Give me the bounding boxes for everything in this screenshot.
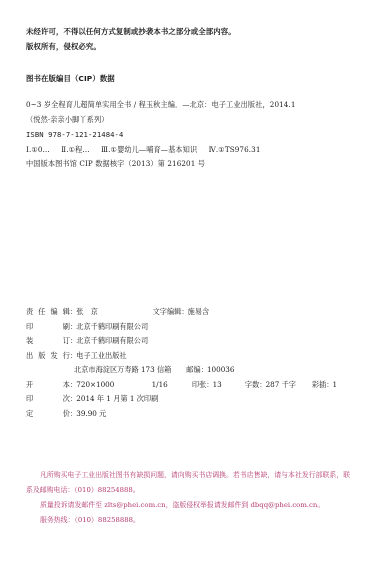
cip-verification: 中国版本图书馆 CIP 数据核字（2013）第 216201 号 — [26, 159, 205, 169]
sheets-label: 印张 — [192, 380, 206, 390]
fold-value: 1/16 — [152, 380, 190, 390]
price-value: 39.90 元 — [76, 409, 106, 419]
printing-value: 北京千鹤印刷有限公司 — [76, 322, 148, 332]
colophon-editors: 责任编辑： 张 京 文字编辑： 施易含 — [26, 307, 209, 317]
responsible-editor-value: 张 京 — [76, 307, 150, 317]
cip-classification: Ⅰ.①0… Ⅱ.①程… Ⅲ.①婴幼儿—哺育—基本知识 Ⅳ.①TS976.31 — [26, 145, 270, 155]
text-editor-label: 文字编辑 — [153, 307, 182, 317]
cip-series: （悦然·亲亲小脚丫系列） — [26, 115, 109, 125]
postcode-value: 100036 — [207, 365, 234, 375]
colophon-publisher: 出版发行： 电子工业出版社 — [26, 351, 127, 361]
format-label: 开 本 — [26, 380, 70, 390]
cip-heading: 图书在版编目（CIP）数据 — [26, 74, 115, 84]
format-value: 720×1000 — [76, 380, 149, 390]
cip-title-line: 0~3 岁全程育儿超简单实用全书 / 程玉秋主编．—北京：电子工业出版社，201… — [26, 100, 296, 110]
edition-label: 印 次 — [26, 394, 70, 404]
colophon-printing: 印 刷： 北京千鹤印刷有限公司 — [26, 322, 148, 332]
cip-class-3: Ⅲ.①婴幼儿—哺育—基本知识 — [101, 145, 197, 155]
sheets-value: 13 — [213, 380, 243, 390]
postcode-label: 邮编 — [186, 365, 200, 375]
printing-label: 印 刷 — [26, 322, 70, 332]
notice-returns: 凡所购买电子工业出版社图书有缺损问题，请向购买书店调换。若书店售缺，请与本社发行… — [26, 468, 356, 498]
text-editor-value: 施易含 — [188, 307, 210, 317]
publisher-notice: 凡所购买电子工业出版社图书有缺损问题，请向购买书店调换。若书店售缺，请与本社发行… — [26, 468, 356, 528]
binding-label: 装 订 — [26, 336, 70, 346]
word-count-label: 字数 — [245, 380, 259, 390]
color-plates-label: 彩插 — [312, 380, 326, 390]
notice-hotline: 服务热线：（010）88258888。 — [26, 513, 356, 528]
cip-class-4: Ⅳ.①TS976.31 — [209, 145, 261, 155]
cip-isbn: ISBN 978-7-121-21484-4 — [26, 130, 123, 140]
colophon-edition: 印 次： 2014 年 1 月第 1 次印刷 — [26, 394, 158, 404]
word-count-value: 287 千字 — [266, 380, 310, 390]
copyright-warning: 未经许可，不得以任何方式复制或抄袭本书之部分或全部内容。 — [26, 27, 236, 37]
responsible-editor-label: 责任编辑 — [26, 307, 70, 317]
copyright-rights: 版权所有，侵权必究。 — [26, 42, 101, 52]
colophon-binding: 装 订： 北京千鹤印刷有限公司 — [26, 336, 148, 346]
edition-value: 2014 年 1 月第 1 次印刷 — [76, 394, 158, 404]
address-value: 北京市海淀区万寿路 173 信箱 — [74, 365, 184, 375]
colophon-address: 北京市海淀区万寿路 173 信箱 邮编： 100036 — [74, 365, 234, 375]
notice-complaints: 质量投诉请发邮件至 zlts@phei.com.cn，盗版侵权举报请发邮件到 d… — [26, 498, 356, 513]
color-plates-value: 1 — [333, 380, 338, 390]
cip-class-2: Ⅱ.①程… — [61, 145, 90, 155]
binding-value: 北京千鹤印刷有限公司 — [76, 336, 148, 346]
colophon-price: 定 价： 39.90 元 — [26, 409, 106, 419]
publisher-label: 出版发行 — [26, 351, 70, 361]
colophon-format: 开 本： 720×1000 1/16 印张： 13 字数： 287 千字 彩插：… — [26, 380, 337, 390]
cip-class-1: Ⅰ.①0… — [26, 145, 50, 155]
price-label: 定 价 — [26, 409, 70, 419]
publisher-value: 电子工业出版社 — [76, 351, 126, 361]
